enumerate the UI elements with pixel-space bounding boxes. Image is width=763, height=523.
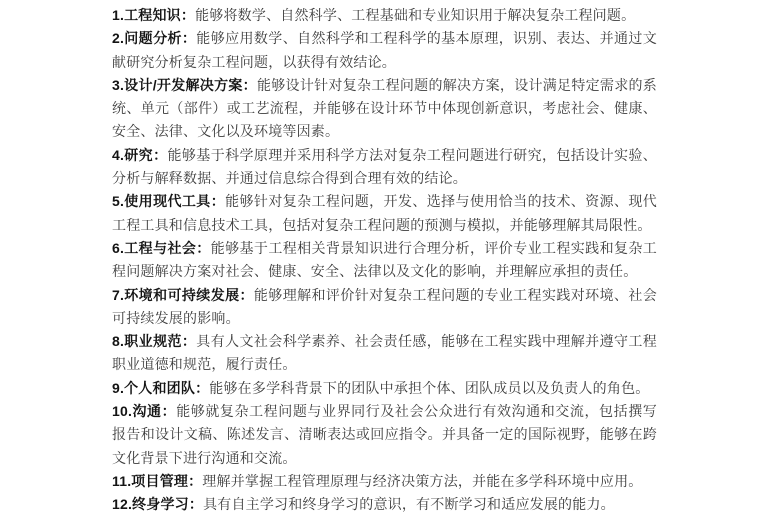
requirement-label: 10.沟通：: [112, 403, 176, 419]
requirement-description: 能够在多学科背景下的团队中承担个体、团队成员以及负责人的角色。: [209, 380, 649, 396]
requirement-label: 3.设计/开发解决方案：: [112, 77, 257, 93]
requirement-label: 6.工程与社会：: [112, 240, 211, 256]
requirement-label: 5.使用现代工具：: [112, 193, 225, 209]
requirement-item-12: 12.终身学习：具有自主学习和终身学习的意识，有不断学习和适应发展的能力。: [112, 493, 657, 516]
requirement-description: 能够基于科学原理并采用科学方法对复杂工程问题进行研究，包括设计实验、分析与解释数…: [112, 147, 657, 186]
requirement-item-10: 10.沟通：能够就复杂工程问题与业界同行及社会公众进行有效沟通和交流，包括撰写报…: [112, 400, 657, 470]
document-page: 1.工程知识：能够将数学、自然科学、工程基础和专业知识用于解决复杂工程问题。 2…: [0, 0, 763, 523]
requirement-description: 能够就复杂工程问题与业界同行及社会公众进行有效沟通和交流，包括撰写报告和设计文稿…: [112, 403, 657, 466]
requirement-item-4: 4.研究：能够基于科学原理并采用科学方法对复杂工程问题进行研究，包括设计实验、分…: [112, 144, 657, 191]
requirement-description: 能够将数学、自然科学、工程基础和专业知识用于解决复杂工程问题。: [195, 7, 635, 23]
requirement-label: 1.工程知识：: [112, 7, 195, 23]
requirement-item-2: 2.问题分析：能够应用数学、自然科学和工程科学的基本原理，识别、表达、并通过文献…: [112, 27, 657, 74]
requirement-item-9: 9.个人和团队：能够在多学科背景下的团队中承担个体、团队成员以及负责人的角色。: [112, 377, 657, 400]
requirement-label: 9.个人和团队：: [112, 380, 209, 396]
requirement-item-8: 8.职业规范：具有人文社会科学素养、社会责任感，能够在工程实践中理解并遵守工程职…: [112, 330, 657, 377]
requirement-label: 11.项目管理：: [112, 473, 202, 489]
requirement-item-3: 3.设计/开发解决方案：能够设计针对复杂工程问题的解决方案，设计满足特定需求的系…: [112, 74, 657, 144]
requirement-item-7: 7.环境和可持续发展：能够理解和评价针对复杂工程问题的专业工程实践对环境、社会可…: [112, 284, 657, 331]
requirement-label: 4.研究：: [112, 147, 168, 163]
requirement-label: 7.环境和可持续发展：: [112, 287, 254, 303]
requirement-item-1: 1.工程知识：能够将数学、自然科学、工程基础和专业知识用于解决复杂工程问题。: [112, 4, 657, 27]
requirement-label: 8.职业规范：: [112, 333, 196, 349]
requirement-item-6: 6.工程与社会：能够基于工程相关背景知识进行合理分析，评价专业工程实践和复杂工程…: [112, 237, 657, 284]
requirement-label: 2.问题分析：: [112, 30, 196, 46]
requirement-item-11: 11.项目管理：理解并掌握工程管理原理与经济决策方法，并能在多学科环境中应用。: [112, 470, 657, 493]
requirement-item-5: 5.使用现代工具：能够针对复杂工程问题，开发、选择与使用恰当的技术、资源、现代工…: [112, 190, 657, 237]
requirement-description: 理解并掌握工程管理原理与经济决策方法，并能在多学科环境中应用。: [202, 473, 642, 489]
requirement-label: 12.终身学习：: [112, 496, 203, 512]
requirements-list: 1.工程知识：能够将数学、自然科学、工程基础和专业知识用于解决复杂工程问题。 2…: [112, 4, 657, 517]
requirement-description: 具有自主学习和终身学习的意识，有不断学习和适应发展的能力。: [203, 496, 615, 512]
